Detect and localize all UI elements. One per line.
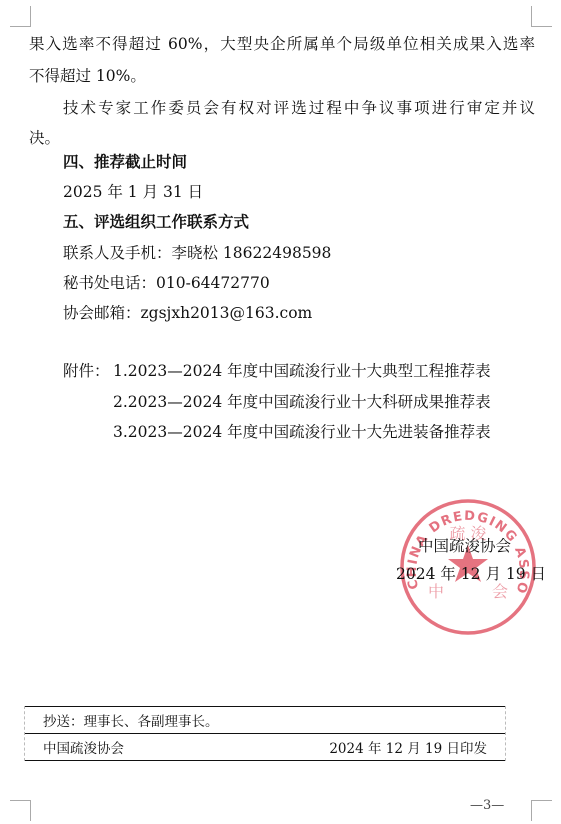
signature-organization: 中国疏浚协会: [418, 534, 511, 556]
section-heading-deadline: 四、推荐截止时间: [63, 152, 187, 172]
deadline-date: 2025 年 1 月 31 日: [63, 182, 203, 202]
page-number: —3—: [470, 798, 504, 813]
attachments-label: 附件：: [63, 361, 110, 381]
section-heading-contact: 五、评选组织工作联系方式: [63, 212, 249, 232]
page-corner-mark-top-right: [531, 6, 552, 27]
svg-text:中: 中: [428, 582, 444, 601]
distribution-table: 抄送：理事长、各副理事长。 中国疏浚协会 2024 年 12 月 19 日印发: [24, 706, 506, 761]
page-corner-mark-bottom-right: [531, 800, 552, 821]
page-corner-mark-top-left: [10, 6, 31, 27]
svg-text:会: 会: [492, 582, 508, 601]
issuer-name: 中国疏浚协会: [43, 737, 124, 757]
paragraph-line: 技术专家工作委员会有权对评选过程中争议事项进行审定并议: [63, 98, 535, 118]
contact-person: 联系人及手机：李晓松 18622498598: [63, 243, 331, 263]
paragraph-line: 决。: [29, 128, 60, 148]
cc-recipients: 抄送：理事长、各副理事长。: [43, 710, 219, 730]
attachment-item: 3.2023—2024 年度中国疏浚行业十大先进装备推荐表: [113, 422, 491, 442]
secretariat-phone: 秘书处电话：010-64472770: [63, 273, 270, 293]
cc-row: 抄送：理事长、各副理事长。: [25, 706, 505, 734]
issuer-row: 中国疏浚协会 2024 年 12 月 19 日印发: [25, 734, 505, 761]
attachment-item: 1.2023—2024 年度中国疏浚行业十大典型工程推荐表: [113, 361, 491, 381]
paragraph-line: 果入选率不得超过 60%，大型央企所属单个局级单位相关成果入选率: [29, 34, 535, 54]
paragraph-line: 不得超过 10%。: [29, 66, 146, 86]
issue-date: 2024 年 12 月 19 日印发: [329, 737, 487, 757]
attachment-item: 2.2023—2024 年度中国疏浚行业十大科研成果推荐表: [113, 392, 491, 412]
association-email: 协会邮箱：zgsjxh2013@163.com: [63, 303, 312, 323]
signature-date: 2024 年 12 月 19 日: [396, 562, 546, 584]
page-corner-mark-bottom-left: [10, 800, 31, 821]
